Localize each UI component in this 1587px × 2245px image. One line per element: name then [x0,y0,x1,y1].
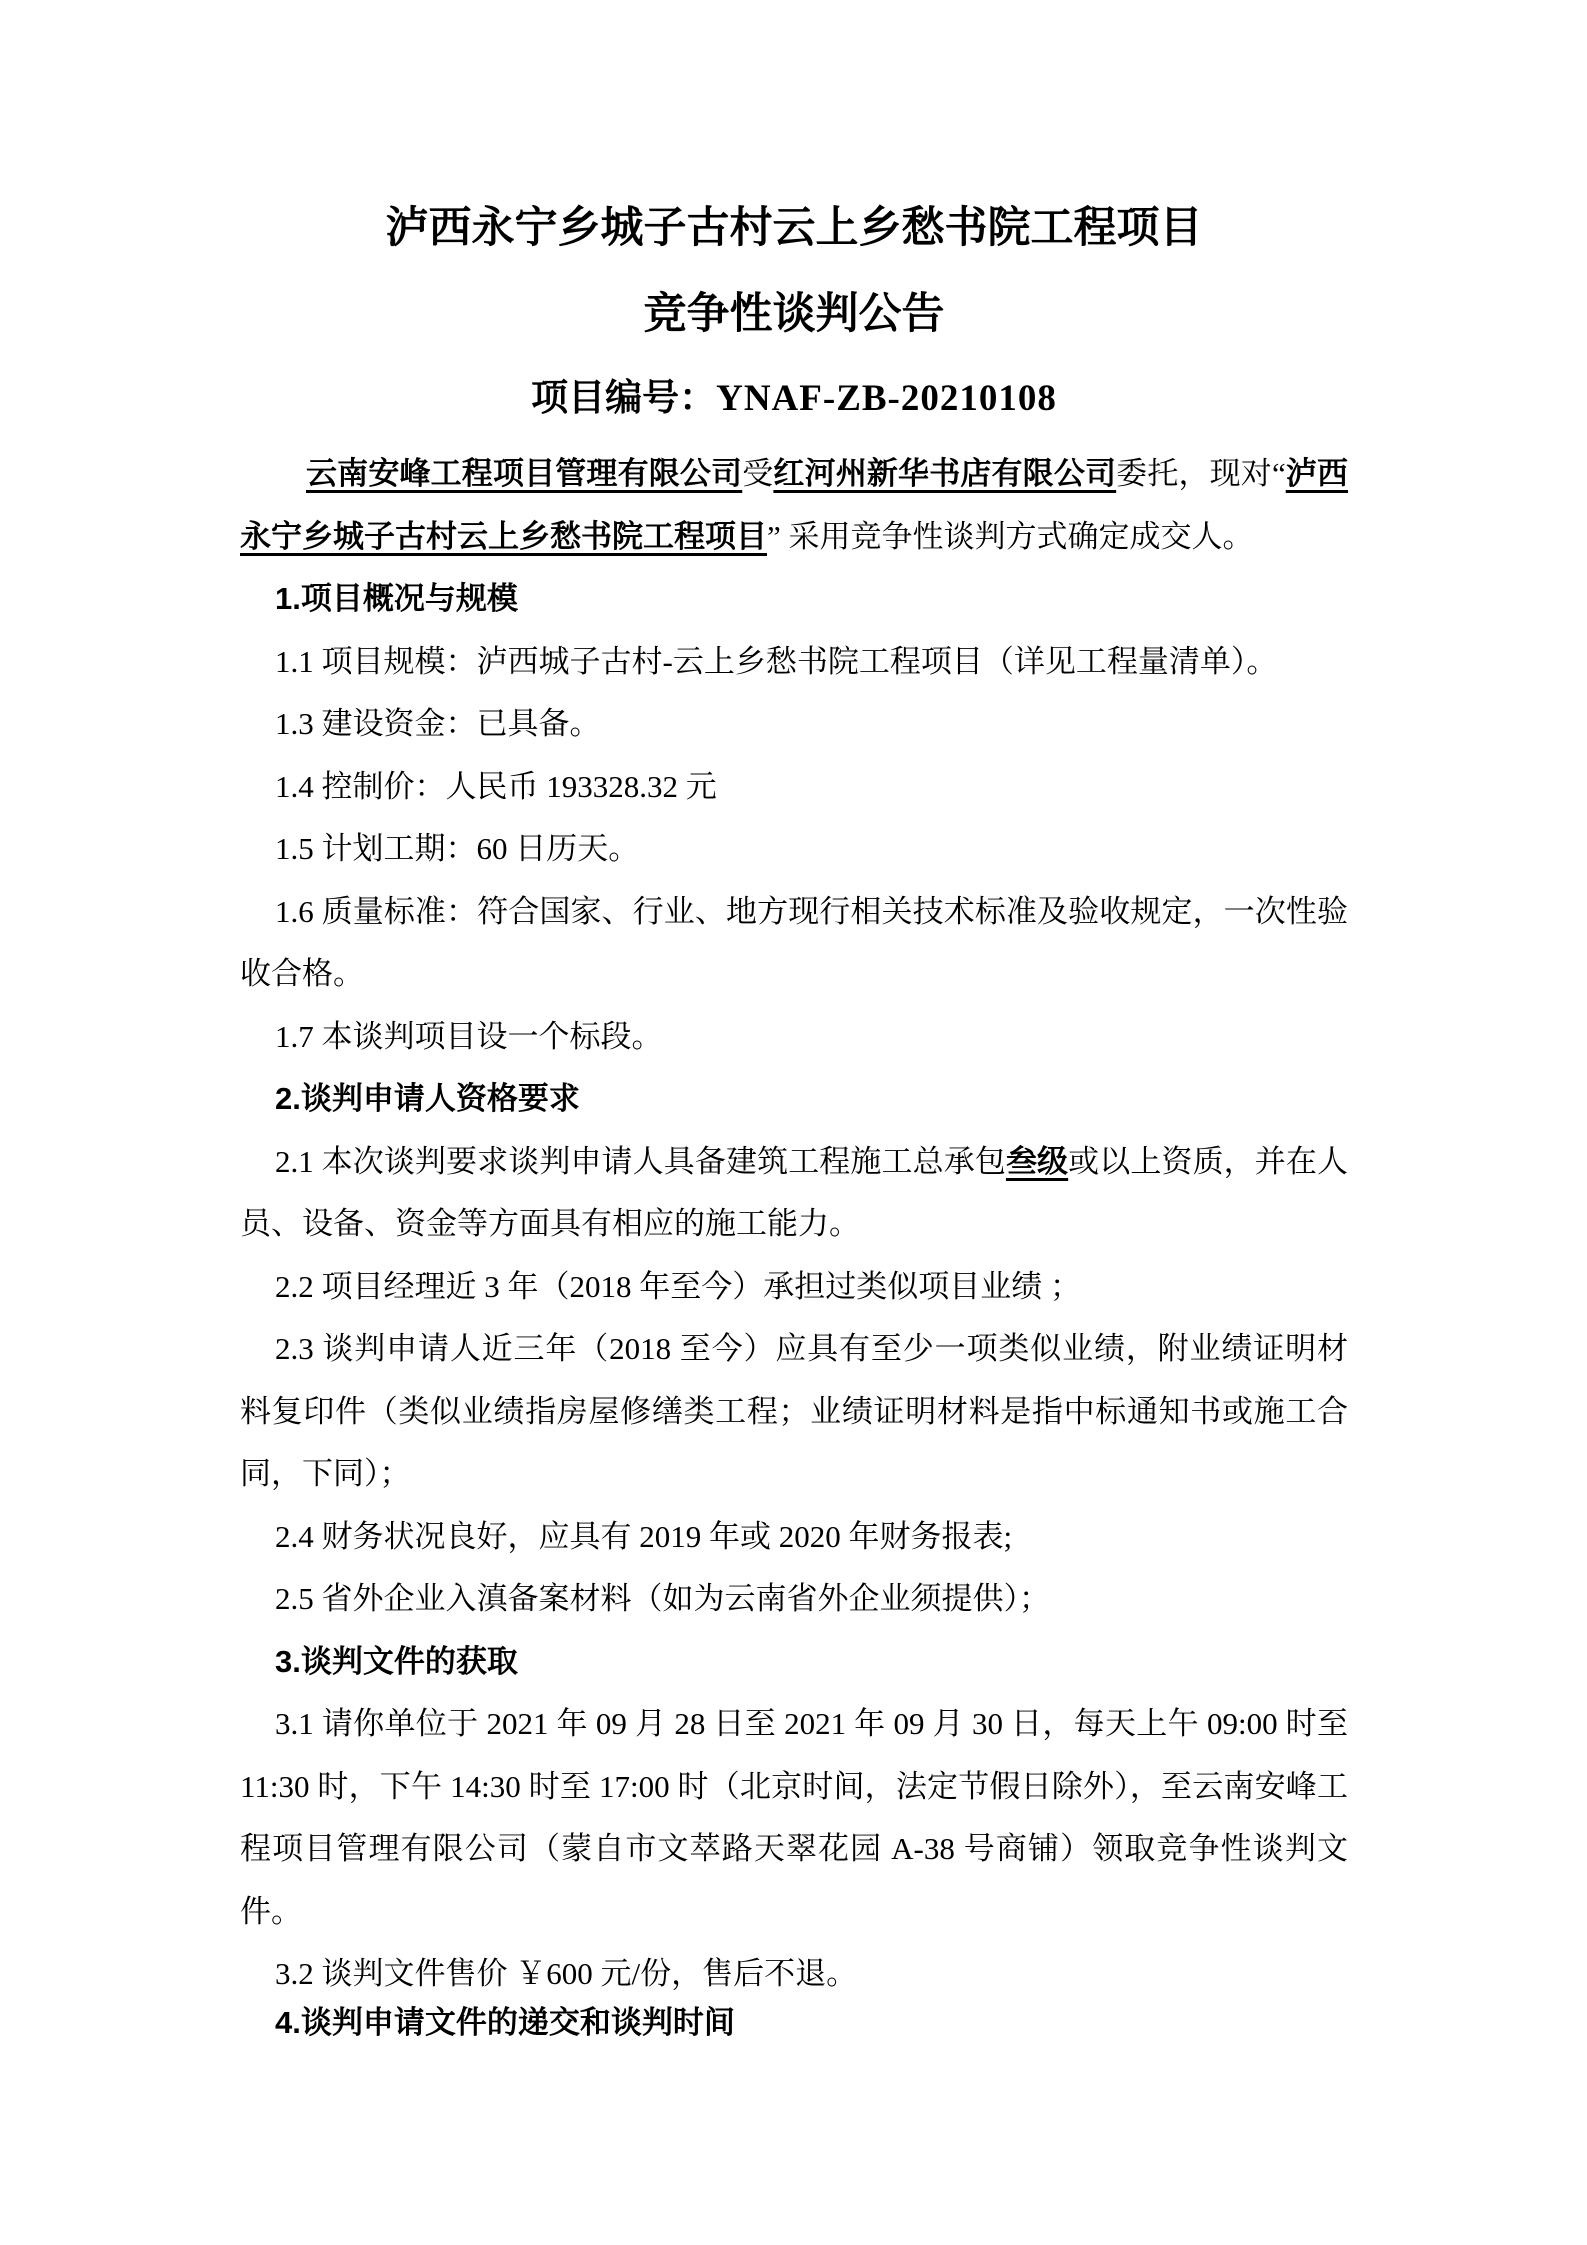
document-content: 泸西永宁乡城子古村云上乡愁书院工程项目 竞争性谈判公告 项目编号：YNAF-ZB… [240,186,1348,2054]
paragraph-1-3: 1.3 建设资金：已具备。 [240,693,1348,756]
paragraph-2-3: 2.3 谈判申请人近三年（2018 至今）应具有至少一项类似业绩，附业绩证明材料… [240,1318,1348,1506]
agency-name: 云南安峰工程项目管理有限公司 [306,456,742,491]
paragraph-2-1: 2.1 本次谈判要求谈判申请人具备建筑工程施工总承包叁级或以上资质，并在人员、设… [240,1131,1348,1256]
section-heading-2: 2.谈判申请人资格要求 [240,1068,1348,1131]
project-code-label: 项目编号： [531,377,716,418]
qualification-grade-emphasis: 叁级 [1006,1144,1068,1179]
paragraph-1-7: 1.7 本谈判项目设一个标段。 [240,1006,1348,1069]
document-title-line2: 竞争性谈判公告 [240,272,1348,358]
project-code-line: 项目编号：YNAF-ZB-20210108 [240,358,1348,439]
section-heading-1: 1.项目概况与规模 [240,568,1348,631]
paragraph-2-5: 2.5 省外企业入滇备案材料（如为云南省外企业须提供）； [240,1568,1348,1631]
paragraph-1-6: 1.6 质量标准：符合国家、行业、地方现行相关技术标准及验收规定，一次性验收合格… [240,881,1348,1006]
intro-paragraph: 云南安峰工程项目管理有限公司受红河州新华书店有限公司委托，现对“泸西永宁乡城子古… [240,443,1348,568]
client-name: 红河州新华书店有限公司 [773,456,1116,491]
intro-text-2: 委托，现对“ [1116,456,1286,491]
intro-text-1: 受 [742,456,773,491]
document-title-line1: 泸西永宁乡城子古村云上乡愁书院工程项目 [240,186,1348,272]
section-heading-3: 3.谈判文件的获取 [240,1631,1348,1694]
project-code-value: YNAF-ZB-20210108 [716,378,1057,419]
paragraph-2-4: 2.4 财务状况良好，应具有 2019 年或 2020 年财务报表; [240,1506,1348,1569]
paragraph-2-2: 2.2 项目经理近 3 年（2018 年至今）承担过类似项目业绩 ； [240,1256,1348,1319]
document-page: 泸西永宁乡城子古村云上乡愁书院工程项目 竞争性谈判公告 项目编号：YNAF-ZB… [0,0,1587,2245]
paragraph-3-1: 3.1 请你单位于 2021 年 09 月 28 日至 2021 年 09 月 … [240,1693,1348,1943]
paragraph-1-4: 1.4 控制价：人民币 193328.32 元 [240,756,1348,819]
intro-text-3: ” 采用竞争性谈判方式确定成交人。 [767,519,1254,554]
paragraph-2-1-text-pre: 2.1 本次谈判要求谈判申请人具备建筑工程施工总承包 [275,1144,1006,1179]
paragraph-1-5: 1.5 计划工期：60 日历天。 [240,818,1348,881]
paragraph-1-1: 1.1 项目规模：泸西城子古村-云上乡愁书院工程项目（详见工程量清单）。 [240,631,1348,694]
document-body: 云南安峰工程项目管理有限公司受红河州新华书店有限公司委托，现对“泸西永宁乡城子古… [240,443,1348,2054]
